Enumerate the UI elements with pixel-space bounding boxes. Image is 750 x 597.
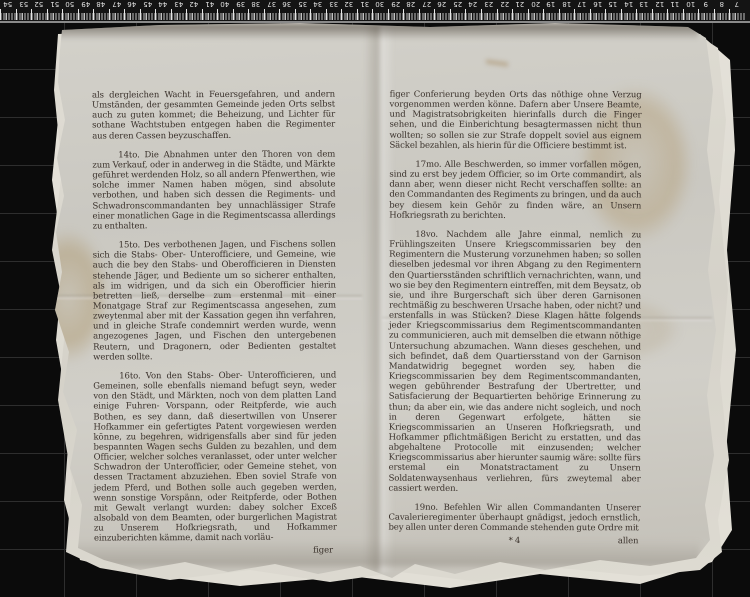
ruler-cm-cell: 30 <box>372 0 388 21</box>
ruler-cm-cell: 45 <box>140 0 156 21</box>
ruler-mm-ticks <box>310 13 326 20</box>
ruler: 5453525150494847464544434241403938373635… <box>0 0 750 23</box>
ruler-cm-number: 40 <box>217 0 233 8</box>
ruler-cm-number: 18 <box>559 0 575 8</box>
top-edge-shadow <box>58 24 698 40</box>
paragraph: 17mo. Alle Beschwerden, so immer vorfall… <box>389 160 641 222</box>
ruler-cm-number: 28 <box>403 0 419 8</box>
ruler-mm-ticks <box>559 13 575 20</box>
ruler-cm-cell: 27 <box>419 0 435 21</box>
ruler-mm-ticks <box>481 13 497 20</box>
ruler-cm-cell: 32 <box>341 0 357 21</box>
ruler-cm-cell: 50 <box>62 0 78 21</box>
ruler-mm-ticks <box>667 13 683 20</box>
ruler-cm-number: 51 <box>47 0 63 8</box>
ruler-cm-cell: 54 <box>0 0 16 21</box>
ruler-cm-number: 42 <box>186 0 202 8</box>
ruler-mm-ticks <box>683 13 699 20</box>
ruler-cm-number: 41 <box>202 0 218 8</box>
paragraph: figer Conferierung beyden Orts das nöthi… <box>389 90 641 152</box>
ruler-cm-cell: 48 <box>93 0 109 21</box>
ruler-cm-number: 53 <box>16 0 32 8</box>
ruler-mm-ticks <box>155 13 171 20</box>
ruler-cm-cell: 18 <box>559 0 575 21</box>
ruler-mm-ticks <box>264 13 280 20</box>
ruler-mm-ticks <box>202 13 218 20</box>
ruler-mm-ticks <box>0 13 16 20</box>
book-open-sheet: als dergleichen Wacht in Feuersgefahren,… <box>0 0 750 597</box>
ruler-cm-number: 52 <box>31 0 47 8</box>
ruler-cm-cell: 34 <box>310 0 326 21</box>
ruler-cm-number: 29 <box>388 0 404 8</box>
ruler-mm-ticks <box>590 13 606 20</box>
ruler-mm-ticks <box>465 13 481 20</box>
ruler-cm-cell: 41 <box>202 0 218 21</box>
ruler-cm-cell: 28 <box>403 0 419 21</box>
ruler-cm-cell: 51 <box>47 0 63 21</box>
ruler-mm-ticks <box>434 13 450 20</box>
ruler-cm-number: 36 <box>279 0 295 8</box>
ruler-mm-ticks <box>93 13 109 20</box>
ruler-mm-ticks <box>31 13 47 20</box>
ruler-cm-number: 11 <box>667 0 683 8</box>
ruler-cm-cell: 44 <box>155 0 171 21</box>
ruler-mm-ticks <box>341 13 357 20</box>
ruler-cm-cell: 24 <box>465 0 481 21</box>
ruler-cm-cell: 19 <box>543 0 559 21</box>
ruler-cm-number: 8 <box>714 0 730 8</box>
ruler-mm-ticks <box>419 13 435 20</box>
ruler-mm-ticks <box>62 13 78 20</box>
ruler-cm-cell: 36 <box>279 0 295 21</box>
ruler-cm-cell: 49 <box>78 0 94 21</box>
ruler-cm-number: 19 <box>543 0 559 8</box>
ruler-mm-ticks <box>279 13 295 20</box>
paragraph: 19no. Befehlen Wir allen Commandanten Un… <box>388 503 640 534</box>
ruler-cm-cell: 43 <box>171 0 187 21</box>
ruler-cm-number: 14 <box>621 0 637 8</box>
ruler-cm-cell: 52 <box>31 0 47 21</box>
ruler-cm-number: 46 <box>124 0 140 8</box>
ruler-mm-ticks <box>512 13 528 20</box>
page-left-text: als dergleichen Wacht in Feuersgefahren,… <box>92 89 337 556</box>
ruler-cm-cell: 13 <box>636 0 652 21</box>
ruler-cm-number: 22 <box>497 0 513 8</box>
ruler-mm-ticks <box>621 13 637 20</box>
ruler-cm-number: 33 <box>326 0 342 8</box>
ruler-cm-cell: 46 <box>124 0 140 21</box>
ruler-cm-number: 38 <box>248 0 264 8</box>
ruler-cm-cell: 9 <box>698 0 714 21</box>
ruler-cm-number: 15 <box>605 0 621 8</box>
ruler-mm-ticks <box>528 13 544 20</box>
ruler-mm-ticks <box>403 13 419 20</box>
ruler-mm-ticks <box>171 13 187 20</box>
paragraph: 18vo. Nachdem alle Jahre einmal, nemlich… <box>389 230 642 495</box>
paragraph: 15to. Des verbothenen Jagen, und Fischen… <box>93 240 337 363</box>
ruler-cm-cell: 23 <box>481 0 497 21</box>
ruler-cm-cell: 12 <box>652 0 668 21</box>
ruler-cm-cell: 53 <box>16 0 32 21</box>
ruler-mm-ticks <box>605 13 621 20</box>
paragraph: 14to. Die Abnahmen unter den Thoren von … <box>92 149 335 231</box>
catchword: figer <box>94 545 337 556</box>
ruler-mm-ticks <box>16 13 32 20</box>
ruler-cm-cell: 14 <box>621 0 637 21</box>
ruler-cm-number: 7 <box>729 0 745 8</box>
ruler-cm-number: 50 <box>62 0 78 8</box>
photo-stage: als dergleichen Wacht in Feuersgefahren,… <box>0 0 750 597</box>
ruler-cm-cell: 17 <box>574 0 590 21</box>
ruler-cm-number: 21 <box>512 0 528 8</box>
ruler-cm-number: 37 <box>264 0 280 8</box>
ruler-cm-number: 12 <box>652 0 668 8</box>
ruler-cm-cell: 15 <box>605 0 621 21</box>
ruler-mm-ticks <box>326 13 342 20</box>
ruler-mm-ticks <box>372 13 388 20</box>
ruler-cm-cell: 8 <box>714 0 730 21</box>
ruler-mm-ticks <box>233 13 249 20</box>
ruler-cm-number: 48 <box>93 0 109 8</box>
ruler-cm-number: 47 <box>109 0 125 8</box>
ruler-cm-cell: 38 <box>248 0 264 21</box>
ruler-cm-number: 13 <box>636 0 652 8</box>
ruler-cm-number: 43 <box>171 0 187 8</box>
ruler-mm-ticks <box>497 13 513 20</box>
ruler-mm-ticks <box>78 13 94 20</box>
ruler-mm-ticks <box>714 13 730 20</box>
ruler-mm-ticks <box>543 13 559 20</box>
paragraph: als dergleichen Wacht in Feuersgefahren,… <box>92 89 335 141</box>
ruler-mm-ticks <box>636 13 652 20</box>
ruler-mm-ticks <box>698 13 714 20</box>
ruler-cm-cell: 37 <box>264 0 280 21</box>
ruler-cm-number: 35 <box>295 0 311 8</box>
ruler-cm-number: 34 <box>310 0 326 8</box>
page-right-text: figer Conferierung beyden Orts das nöthi… <box>388 90 641 548</box>
ruler-cm-cell: 11 <box>667 0 683 21</box>
ruler-cm-number: 25 <box>450 0 466 8</box>
ruler-cm-cell: 42 <box>186 0 202 21</box>
ruler-cm-cell: 21 <box>512 0 528 21</box>
ruler-cm-number: 24 <box>465 0 481 8</box>
ruler-mm-ticks <box>217 13 233 20</box>
ruler-cm-cell: 35 <box>295 0 311 21</box>
ruler-cm-number: 45 <box>140 0 156 8</box>
ruler-cm-number: 49 <box>78 0 94 8</box>
ruler-cm-number: 9 <box>698 0 714 8</box>
ruler-cm-cell: 7 <box>729 0 745 21</box>
ruler-cm-number: 23 <box>481 0 497 8</box>
ruler-cm-number: 54 <box>0 0 16 8</box>
catchword: allen <box>618 537 639 547</box>
ruler-cm-number: 16 <box>590 0 606 8</box>
ruler-cm-cell: 26 <box>434 0 450 21</box>
ruler-mm-ticks <box>295 13 311 20</box>
ruler-cm-number: 31 <box>357 0 373 8</box>
ruler-cm-number: 26 <box>434 0 450 8</box>
ruler-cm-cell: 39 <box>233 0 249 21</box>
signature-mark: * 4 <box>388 536 640 547</box>
ruler-mm-ticks <box>109 13 125 20</box>
ruler-mm-ticks <box>652 13 668 20</box>
ruler-cm-number: 17 <box>574 0 590 8</box>
ruler-cm-cell: 10 <box>683 0 699 21</box>
ruler-mm-ticks <box>729 13 745 20</box>
ruler-cm-number: 44 <box>155 0 171 8</box>
ruler-cm-cell: 20 <box>528 0 544 21</box>
ruler-cm-number: 20 <box>528 0 544 8</box>
ruler-mm-ticks <box>140 13 156 20</box>
ruler-cm-number: 10 <box>683 0 699 8</box>
ruler-cm-cell: 31 <box>357 0 373 21</box>
signature-line: * 4 allen <box>388 536 640 548</box>
ruler-mm-ticks <box>124 13 140 20</box>
ruler-mm-ticks <box>186 13 202 20</box>
ruler-mm-ticks <box>248 13 264 20</box>
paragraph: 16to. Von den Stabs- Ober- Unterofficier… <box>93 370 337 544</box>
ruler-cm-cell: 22 <box>497 0 513 21</box>
ruler-mm-ticks <box>388 13 404 20</box>
ruler-cm-number: 27 <box>419 0 435 8</box>
ruler-cm-cell: 25 <box>450 0 466 21</box>
ruler-cm-cell: 16 <box>590 0 606 21</box>
ruler-cm-cell: 40 <box>217 0 233 21</box>
ruler-mm-ticks <box>450 13 466 20</box>
ruler-mm-ticks <box>47 13 63 20</box>
ruler-cm-number: 32 <box>341 0 357 8</box>
ruler-cm-cell: 33 <box>326 0 342 21</box>
ruler-cm-cell: 29 <box>388 0 404 21</box>
ruler-mm-ticks <box>357 13 373 20</box>
ruler-cm-cell: 47 <box>109 0 125 21</box>
ruler-cm-number: 30 <box>372 0 388 8</box>
ruler-mm-ticks <box>574 13 590 20</box>
ruler-cm-number: 39 <box>233 0 249 8</box>
